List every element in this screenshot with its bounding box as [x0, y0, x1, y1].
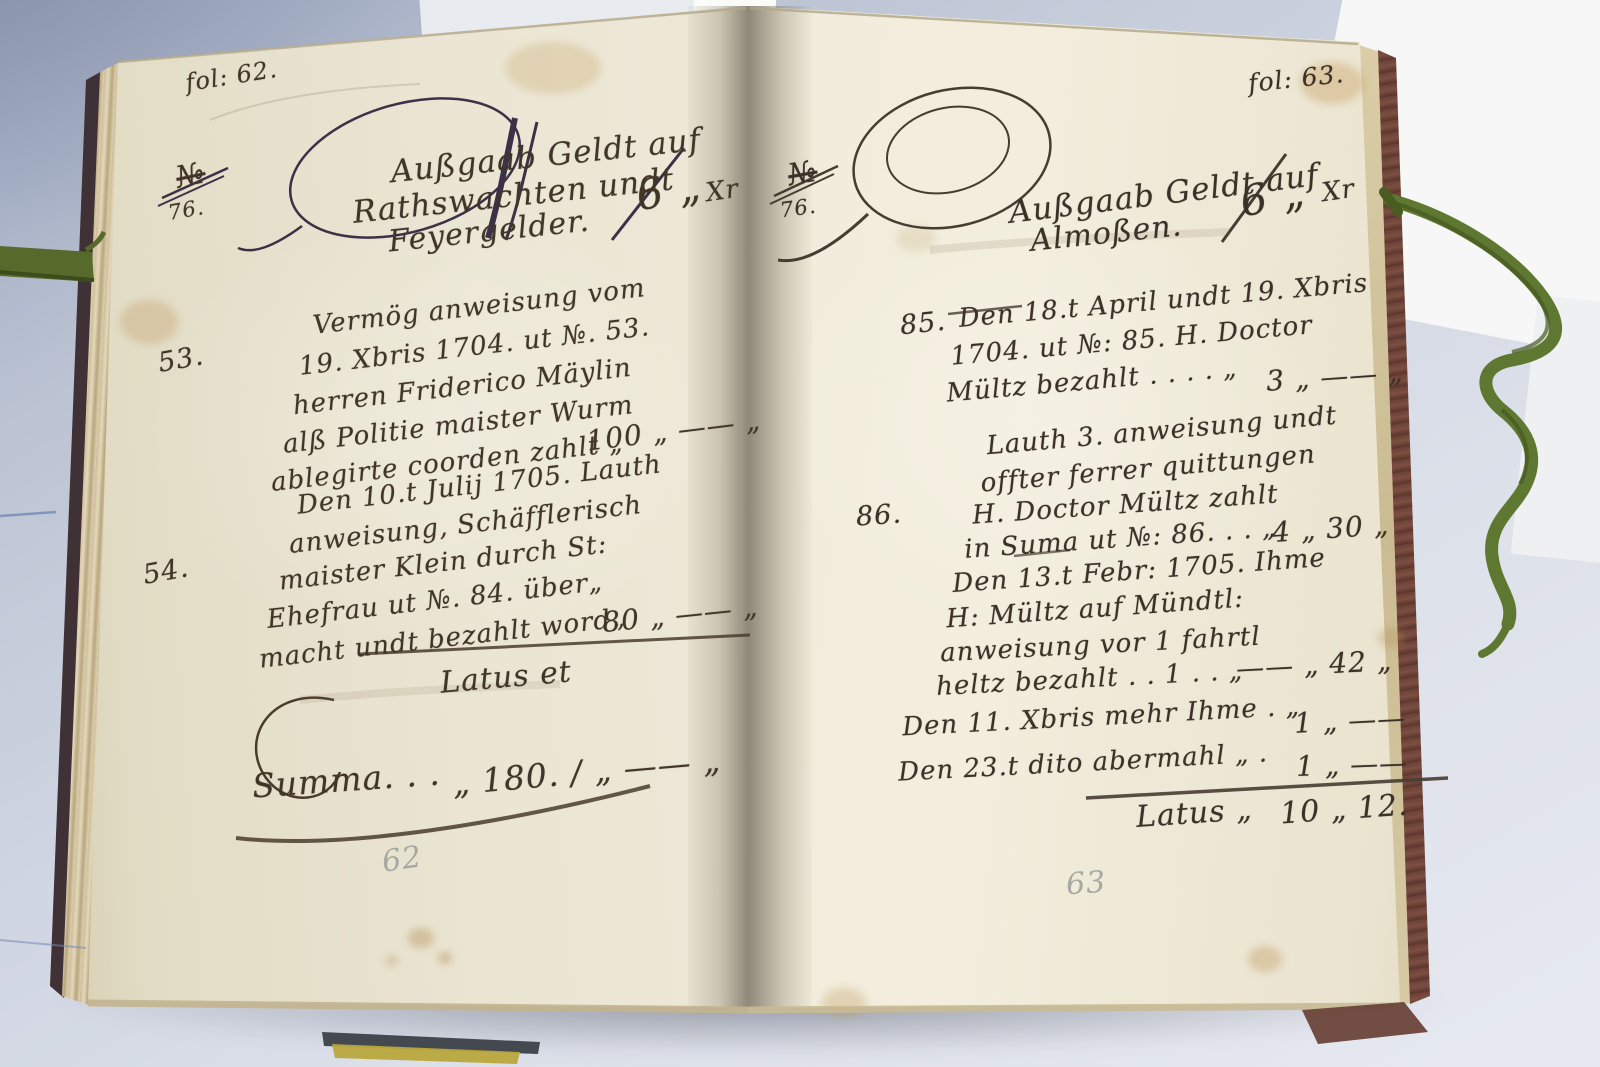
cancelled-mark-right: № — [785, 154, 820, 194]
stain — [896, 226, 936, 252]
pencil-page-number-left: 62 — [380, 839, 425, 879]
stain — [505, 42, 601, 94]
pencil-page-number-right: 63 — [1065, 865, 1108, 903]
table-seam-line — [0, 512, 56, 516]
stain — [408, 928, 434, 948]
entry-amount: 1 „ —— — [1293, 701, 1407, 740]
kreuzer-column-symbol-left: Xr — [704, 174, 741, 208]
entry-margin-number: 85. — [899, 306, 948, 342]
cancelled-number-right: 76. — [779, 194, 818, 223]
stain — [386, 956, 398, 966]
stain — [120, 300, 178, 344]
stain — [822, 988, 866, 1018]
entry-amount: 1 „ —— — [1295, 746, 1408, 783]
stain — [1248, 946, 1282, 972]
kreuzer-column-symbol-right: Xr — [1320, 174, 1357, 208]
stain — [438, 952, 452, 964]
manuscript-photo: fol: 62. № 76. Außgaab Geldt auf Rathswa… — [0, 0, 1600, 1067]
entry-margin-number: 86. — [855, 498, 903, 532]
